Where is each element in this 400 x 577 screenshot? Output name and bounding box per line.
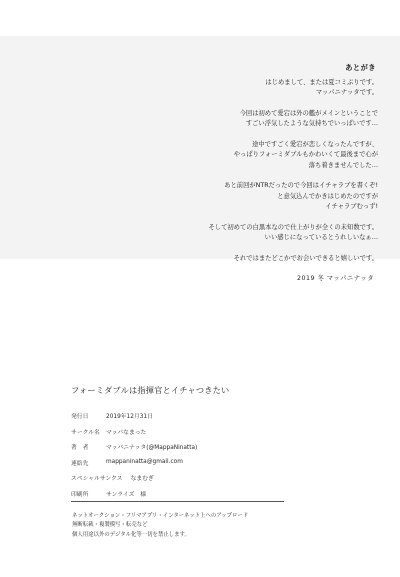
colophon-label: 連絡先 bbox=[71, 458, 106, 467]
colophon-row-contact: 連絡先 mappaninatta@gmail.com bbox=[71, 455, 311, 471]
colophon-value: 2019年12月31日 bbox=[106, 411, 153, 420]
colophon-label: 著 者 bbox=[71, 442, 106, 451]
copyright-notice: ネットオークション・フリマアプリ・インターネット上へのアップロード 無断転載・複… bbox=[72, 512, 248, 540]
colophon-value: マッパなまった bbox=[106, 427, 146, 436]
colophon-row-circle-name: サークル名 マッパなまった bbox=[71, 424, 311, 440]
afterword-paragraph: あと前回がNTRだったので今回はイチャラブを書くぞ! と意気込んでかきはじめたの… bbox=[118, 181, 378, 213]
colophon-label: 発行日 bbox=[71, 411, 106, 420]
notice-line: ネットオークション・フリマアプリ・インターネット上へのアップロード bbox=[72, 512, 248, 521]
afterword-paragraph: そして初めての白黒本なので仕上がりが全くの未知数です。 いい感じになっているとう… bbox=[118, 223, 378, 244]
colophon-row-author: 著 者 マッパニナッタ(@MappaNinatta) bbox=[71, 439, 311, 455]
colophon-label: 印刷所 bbox=[71, 489, 106, 498]
colophon-row-printer: 印刷所 サンライズ 様 bbox=[71, 486, 311, 502]
notice-line: 無断転載・複製模写・転売など bbox=[72, 521, 248, 530]
colophon: フォーミダブルは指揮官とイチャつきたい 発行日 2019年12月31日 サークル… bbox=[71, 385, 311, 501]
colophon-row-publish-date: 発行日 2019年12月31日 bbox=[71, 408, 311, 424]
afterword-section: あとがき はじめまして、または夏コミぶりです。 マッパニナッタです。 今回は初め… bbox=[118, 63, 378, 285]
afterword-heading: あとがき bbox=[118, 63, 376, 74]
colophon-row-special-thanks: スペシャルサンクス なまむぎ bbox=[71, 470, 311, 486]
colophon-divider bbox=[71, 501, 284, 502]
book-back-page: あとがき はじめまして、または夏コミぶりです。 マッパニナッタです。 今回は初め… bbox=[0, 0, 400, 577]
colophon-label: スペシャルサンクス bbox=[71, 473, 123, 482]
colophon-label: サークル名 bbox=[71, 427, 106, 436]
notice-line: 個人用途以外のデジタル化等一切を禁止します。 bbox=[72, 531, 248, 540]
colophon-value: mappaninatta@gmail.com bbox=[106, 459, 183, 465]
afterword-paragraph: 途中ですごく愛宕が恋しくなったんですが、 やっぱりフォーミダブルもかわいくて最後… bbox=[118, 140, 378, 172]
book-title: フォーミダブルは指揮官とイチャつきたい bbox=[71, 385, 311, 396]
afterword-signature: 2019 冬 マッパニナッタ bbox=[118, 274, 374, 285]
colophon-value: マッパニナッタ(@MappaNinatta) bbox=[106, 442, 197, 451]
afterword-paragraph: 今回は初めて愛宕は外の艦がメインということで すごい浮気したような気持ちでいっぱ… bbox=[118, 109, 378, 130]
afterword-paragraph: はじめまして、または夏コミぶりです。 マッパニナッタです。 bbox=[118, 78, 378, 99]
colophon-value: サンライズ 様 bbox=[106, 489, 146, 498]
colophon-value: なまむぎ bbox=[131, 473, 154, 482]
afterword-paragraph: それではまたどこかでお会いできると嬉しいです。 bbox=[118, 254, 378, 265]
